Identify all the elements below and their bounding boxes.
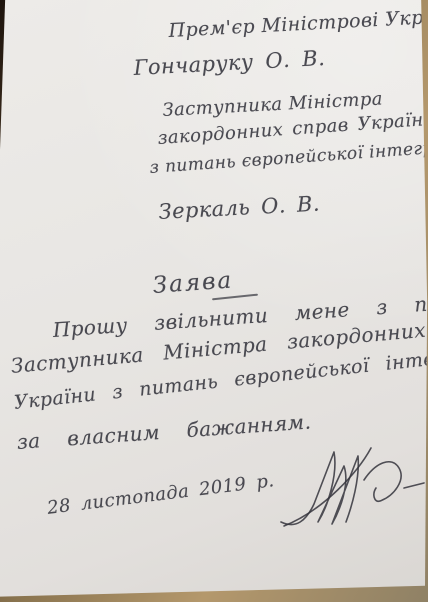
paper-sheet: Прем'єр Міністрові України Гончаруку О. … — [0, 0, 428, 602]
addressee-name-line: Гончаруку О. В. — [133, 46, 326, 80]
date-line: 28 листопада 2019 р. — [46, 470, 275, 519]
photo-of-handwritten-letter: Прем'єр Міністрові України Гончаруку О. … — [0, 0, 428, 602]
body-line-4: за власним бажанням. — [16, 409, 312, 454]
addressee-title-line: Прем'єр Міністрові України — [168, 4, 428, 42]
flourish-stroke — [212, 294, 258, 300]
sender-name-line: Зеркаль О. В. — [158, 192, 320, 224]
letter-title: Заява — [152, 267, 234, 299]
signature-icon — [276, 444, 426, 532]
